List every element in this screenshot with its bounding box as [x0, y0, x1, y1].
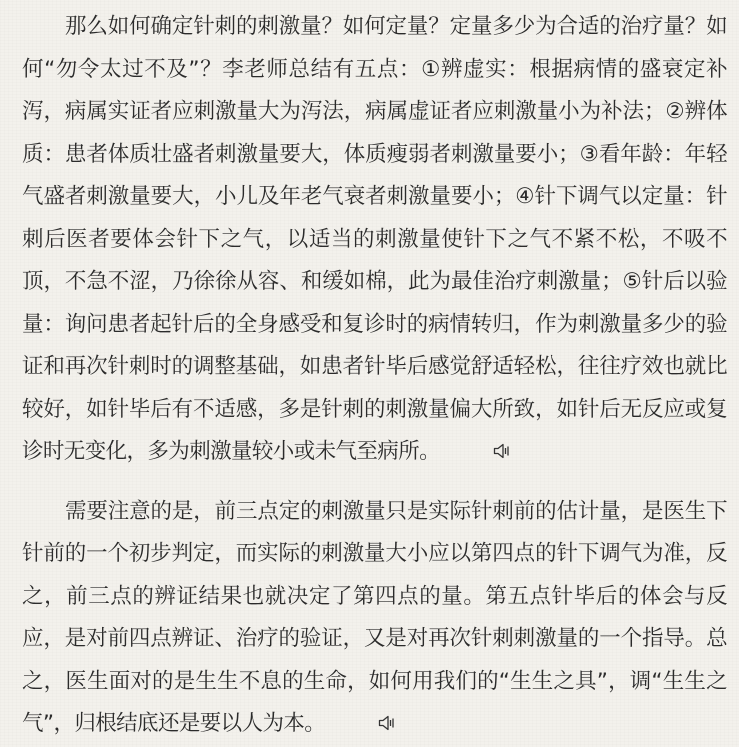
article-body: 那么如何确定针刺的刺激量？如何定量？定量多少为合适的治疗量？如何“勿令太过不及”…	[22, 6, 727, 683]
paragraph-2-text: 需要注意的是，前三点定的刺激量只是实际针刺前的估计量，是医生下针前的一个初步判定…	[22, 499, 727, 684]
paragraph-1: 那么如何确定针刺的刺激量？如何定量？定量多少为合适的治疗量？如何“勿令太过不及”…	[22, 6, 727, 474]
paragraph-1-text: 那么如何确定针刺的刺激量？如何定量？定量多少为合适的治疗量？如何“勿令太过不及”…	[22, 14, 727, 464]
speaker-icon[interactable]	[450, 432, 466, 448]
paragraph-2: 需要注意的是，前三点定的刺激量只是实际针刺前的估计量，是医生下针前的一个初步判定…	[22, 491, 727, 684]
